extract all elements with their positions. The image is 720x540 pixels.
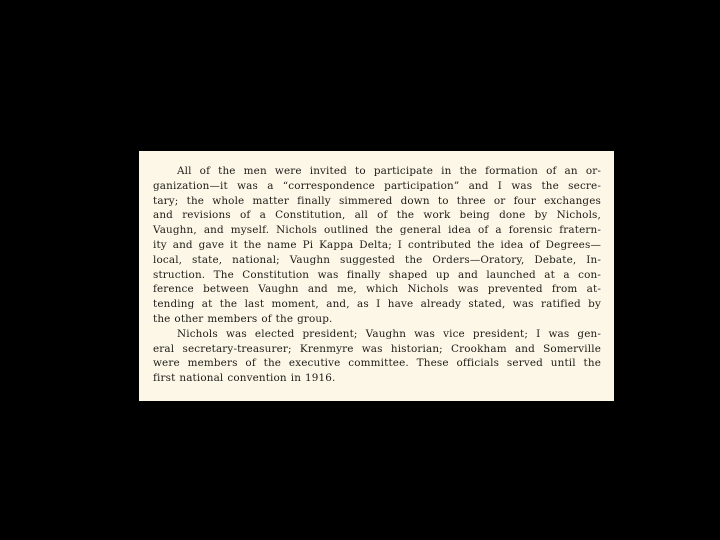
document-text: All of the men were invited to participa…	[153, 164, 601, 386]
text-line: Vaughn, and myself. Nichols outlined the…	[153, 223, 601, 238]
text-line: local, state, national; Vaughn suggested…	[153, 253, 601, 268]
text-line: and revisions of a Constitution, all of …	[153, 208, 601, 223]
text-line: Nichols was elected president; Vaughn wa…	[153, 327, 601, 342]
text-line: eral secretary-treasurer; Krenmyre was h…	[153, 342, 601, 357]
text-line: tending at the last moment, and, as I ha…	[153, 297, 601, 312]
paragraph-2: Nichols was elected president; Vaughn wa…	[153, 327, 601, 386]
paragraph-1: All of the men were invited to participa…	[153, 164, 601, 327]
text-line: first national convention in 1916.	[153, 371, 601, 386]
text-line: tary; the whole matter finally simmered …	[153, 194, 601, 209]
text-line: struction. The Constitution was finally …	[153, 268, 601, 283]
text-line: ference between Vaughn and me, which Nic…	[153, 282, 601, 297]
text-line: All of the men were invited to participa…	[153, 164, 601, 179]
text-line: ganization—it was a “correspondence part…	[153, 179, 601, 194]
text-line: the other members of the group.	[153, 312, 601, 327]
text-line: ity and gave it the name Pi Kappa Delta;…	[153, 238, 601, 253]
text-line: were members of the executive committee.…	[153, 356, 601, 371]
document-page: All of the men were invited to participa…	[139, 151, 614, 401]
